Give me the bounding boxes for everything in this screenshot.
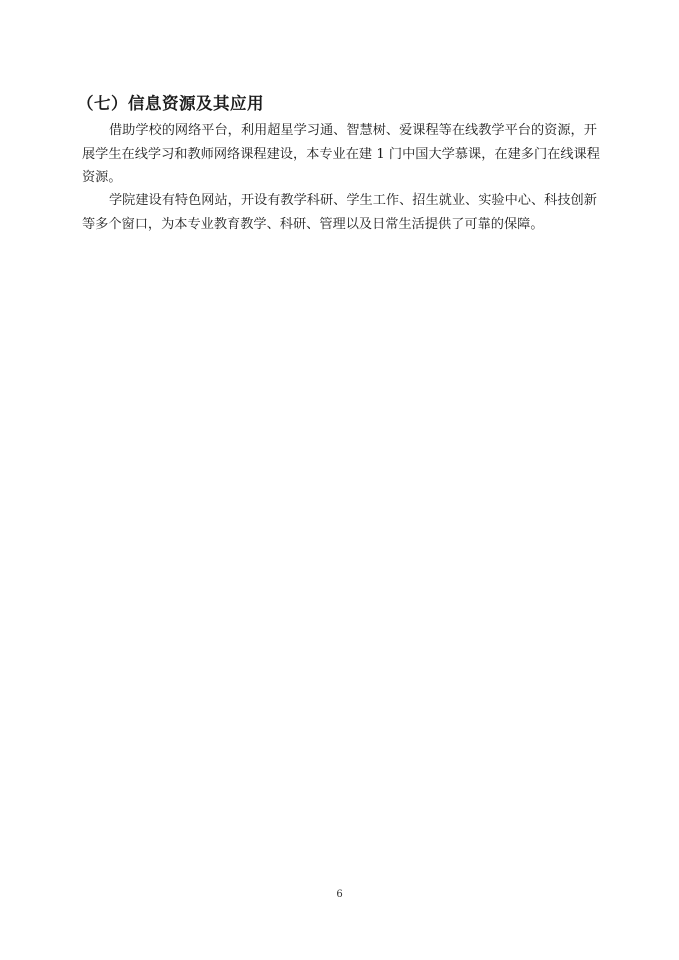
paragraph-line: 资源。 [82, 166, 602, 190]
paragraph-college-website: 学院建设有特色网站，开设有教学科研、学生工作、招生就业、实验中心、科技创新 等多… [82, 189, 602, 236]
document-page: （七）信息资源及其应用 借助学校的网络平台，利用超星学习通、智慧树、爱课程等在线… [0, 0, 679, 960]
paragraph-line: 展学生在线学习和教师网络课程建设，本专业在建 1 门中国大学慕课，在建多门在线课… [82, 143, 602, 167]
section-heading: （七）信息资源及其应用 [77, 90, 264, 114]
paragraph-info-platforms: 借助学校的网络平台，利用超星学习通、智慧树、爱课程等在线教学平台的资源，开 展学… [82, 119, 602, 190]
paragraph-line: 等多个窗口，为本专业教育教学、科研、管理以及日常生活提供了可靠的保障。 [82, 213, 602, 237]
paragraph-line: 借助学校的网络平台，利用超星学习通、智慧树、爱课程等在线教学平台的资源，开 [82, 119, 602, 143]
page-number: 6 [0, 889, 679, 900]
paragraph-line: 学院建设有特色网站，开设有教学科研、学生工作、招生就业、实验中心、科技创新 [82, 189, 602, 213]
